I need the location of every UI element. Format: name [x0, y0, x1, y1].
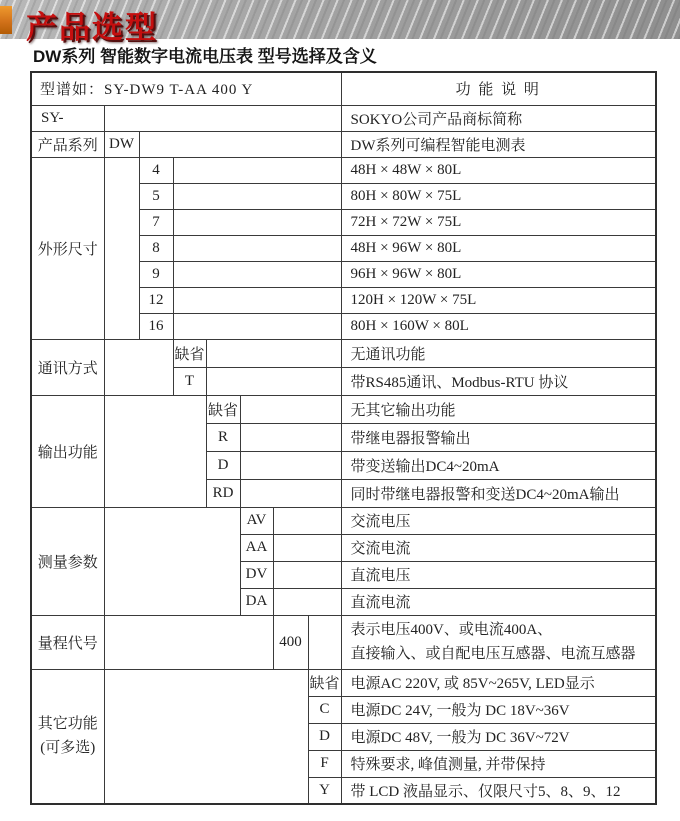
page-title: DW系列 智能数字电流电压表 型号选择及含义	[33, 42, 377, 67]
model-selection-table: 型谱如：SY-DW9 T-AA 400 Y 功 能 说 明 SY- SOKYO公…	[30, 71, 657, 805]
desc-other-c: 电源DC 24V, 一般为 DC 18V~36V	[341, 696, 656, 723]
code-size-8: 8	[139, 235, 173, 261]
section-label-series: 产品系列	[31, 131, 104, 157]
other-label-line2: (可多选)	[32, 736, 104, 760]
table-row: SY- SOKYO公司产品商标简称	[31, 105, 656, 131]
desc-range-line1: 表示电压400V、或电流400A、	[351, 618, 656, 642]
table-row: 量程代号 400 表示电压400V、或电流400A、 直接输入、或自配电压互感器…	[31, 615, 656, 669]
desc-output-d: 带变送输出DC4~20mA	[341, 451, 656, 479]
spacer-cell	[273, 561, 341, 588]
desc-other-default: 电源AC 220V, 或 85V~265V, LED显示	[341, 669, 656, 696]
code-size-12: 12	[139, 287, 173, 313]
spacer-cell	[139, 131, 341, 157]
code-comm-t: T	[173, 367, 206, 395]
spacer-cell	[104, 395, 206, 507]
page: 产品选型 DW系列 智能数字电流电压表 型号选择及含义 型谱如：SY-DW9 T…	[0, 0, 680, 821]
spacer-cell	[104, 507, 240, 615]
spacer-cell	[308, 615, 341, 669]
desc-output-r: 带继电器报警输出	[341, 423, 656, 451]
desc-range: 表示电压400V、或电流400A、 直接输入、或自配电压互感器、电流互感器	[341, 615, 656, 669]
spacer-cell	[273, 588, 341, 615]
code-comm-default: 缺省	[173, 339, 206, 367]
table-header-row: 型谱如：SY-DW9 T-AA 400 Y 功 能 说 明	[31, 72, 656, 105]
table-row: 输出功能 缺省 无其它输出功能	[31, 395, 656, 423]
spacer-cell	[173, 313, 341, 339]
desc-sy: SOKYO公司产品商标简称	[341, 105, 656, 131]
desc-size-8: 48H × 96W × 80L	[341, 235, 656, 261]
code-other-c: C	[308, 696, 341, 723]
spacer-cell	[104, 669, 308, 804]
desc-other-d: 电源DC 48V, 一般为 DC 36V~72V	[341, 723, 656, 750]
code-other-y: Y	[308, 777, 341, 804]
desc-series: DW系列可编程智能电测表	[341, 131, 656, 157]
spacer-cell	[104, 157, 139, 339]
code-measure-av: AV	[240, 507, 273, 534]
desc-size-4: 48H × 48W × 80L	[341, 157, 656, 183]
desc-measure-av: 交流电压	[341, 507, 656, 534]
code-output-r: R	[206, 423, 240, 451]
code-other-default: 缺省	[308, 669, 341, 696]
desc-measure-da: 直流电流	[341, 588, 656, 615]
table-row: 产品系列 DW DW系列可编程智能电测表	[31, 131, 656, 157]
desc-measure-aa: 交流电流	[341, 534, 656, 561]
code-other-d: D	[308, 723, 341, 750]
table-row: 其它功能 (可多选) 缺省 电源AC 220V, 或 85V~265V, LED…	[31, 669, 656, 696]
desc-other-y: 带 LCD 液晶显示、仅限尺寸5、8、9、12	[341, 777, 656, 804]
spacer-cell	[240, 423, 341, 451]
spacer-cell	[173, 261, 341, 287]
desc-measure-dv: 直流电压	[341, 561, 656, 588]
section-label-comm: 通讯方式	[31, 339, 104, 395]
other-label-line1: 其它功能	[32, 712, 104, 736]
function-description-header: 功 能 说 明	[341, 72, 656, 105]
code-output-rd: RD	[206, 479, 240, 507]
spacer-cell	[240, 479, 341, 507]
spacer-cell	[173, 157, 341, 183]
section-label-range: 量程代号	[31, 615, 104, 669]
spacer-cell	[206, 339, 341, 367]
desc-output-rd: 同时带继电器报警和变送DC4~20mA输出	[341, 479, 656, 507]
table-row: 测量参数 AV 交流电压	[31, 507, 656, 534]
spacer-cell	[273, 534, 341, 561]
code-size-4: 4	[139, 157, 173, 183]
code-size-9: 9	[139, 261, 173, 287]
section-label-output: 输出功能	[31, 395, 104, 507]
code-size-7: 7	[139, 209, 173, 235]
section-label-size: 外形尺寸	[31, 157, 104, 339]
code-size-16: 16	[139, 313, 173, 339]
spacer-cell	[173, 235, 341, 261]
spacer-cell	[104, 105, 341, 131]
section-label-other: 其它功能 (可多选)	[31, 669, 104, 804]
desc-comm-t: 带RS485通讯、Modbus-RTU 协议	[341, 367, 656, 395]
desc-other-f: 特殊要求, 峰值测量, 并带保持	[341, 750, 656, 777]
spacer-cell	[173, 287, 341, 313]
desc-range-line2: 直接输入、或自配电压互感器、电流互感器	[351, 642, 656, 666]
banner: 产品选型	[0, 0, 680, 39]
desc-size-9: 96H × 96W × 80L	[341, 261, 656, 287]
code-output-d: D	[206, 451, 240, 479]
table-row: 通讯方式 缺省 无通讯功能	[31, 339, 656, 367]
code-other-f: F	[308, 750, 341, 777]
spacer-cell	[173, 183, 341, 209]
code-measure-da: DA	[240, 588, 273, 615]
code-measure-dv: DV	[240, 561, 273, 588]
code-size-5: 5	[139, 183, 173, 209]
desc-size-12: 120H × 120W × 75L	[341, 287, 656, 313]
desc-size-16: 80H × 160W × 80L	[341, 313, 656, 339]
accent-square	[0, 6, 12, 34]
desc-size-5: 80H × 80W × 75L	[341, 183, 656, 209]
spacer-cell	[273, 507, 341, 534]
spacer-cell	[104, 615, 273, 669]
desc-output-default: 无其它输出功能	[341, 395, 656, 423]
spacer-cell	[240, 451, 341, 479]
code-series: DW	[104, 131, 139, 157]
spacer-cell	[206, 367, 341, 395]
model-example-header: 型谱如：SY-DW9 T-AA 400 Y	[31, 72, 341, 105]
banner-title: 产品选型	[26, 2, 158, 47]
section-label-measure: 测量参数	[31, 507, 104, 615]
section-label-sy: SY-	[31, 105, 104, 131]
desc-comm-default: 无通讯功能	[341, 339, 656, 367]
spacer-cell	[240, 395, 341, 423]
code-output-default: 缺省	[206, 395, 240, 423]
spacer-cell	[104, 339, 173, 395]
spacer-cell	[173, 209, 341, 235]
table-row: 外形尺寸 4 48H × 48W × 80L	[31, 157, 656, 183]
code-range-400: 400	[273, 615, 308, 669]
desc-size-7: 72H × 72W × 75L	[341, 209, 656, 235]
code-measure-aa: AA	[240, 534, 273, 561]
